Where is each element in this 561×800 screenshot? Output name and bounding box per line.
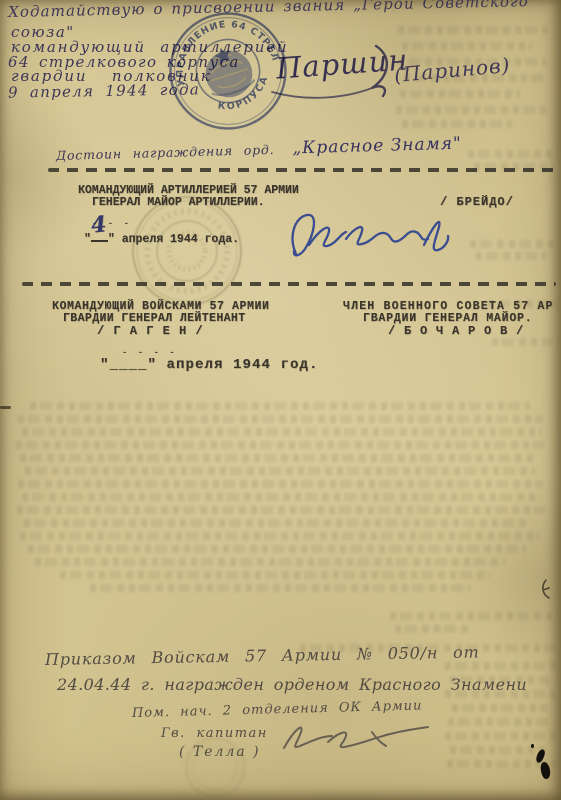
ink-blot	[540, 761, 551, 779]
bleedthrough-row	[402, 42, 532, 50]
bleedthrough-row	[17, 506, 545, 514]
clerk-note-line-3: ( Телла )	[179, 745, 261, 759]
army-commander-rank: ГВАРДИИ ГЕНЕРАЛ ЛЕЙТЕНАНТ	[63, 313, 246, 325]
bleedthrough-row	[90, 584, 470, 592]
order-note-line-1: Приказом Войскам 57 Армии № 050/н от	[45, 644, 480, 668]
bleedthrough-row	[452, 704, 547, 712]
clerk-note-line-2: Гв. капитан	[161, 727, 268, 740]
signature-parshin: Паршин	[275, 45, 409, 83]
bleedthrough-row	[60, 571, 490, 579]
bleedthrough-row	[18, 415, 543, 423]
stamp-arc-bottom-text: КОРПУСА	[210, 71, 277, 117]
bleedthrough-row	[20, 532, 540, 540]
bleedthrough-row	[30, 402, 530, 410]
bleedthrough-row	[395, 625, 470, 633]
edge-mark	[0, 406, 11, 409]
bleedthrough-row	[390, 612, 555, 620]
bleedthrough-row	[492, 338, 556, 346]
svg-text:КОРПУСА: КОРПУСА	[210, 71, 277, 117]
date-line-1: "4" апреля 1944 года.	[84, 230, 239, 246]
award-note-title: „Красное Знамя"	[292, 134, 462, 159]
date-day-blank: 4	[91, 230, 108, 242]
date-close-text: " апреля 1944 года.	[108, 233, 239, 246]
award-note-prefix: Достоин награждения орд.	[56, 142, 275, 163]
commander-artillery-name: / БРЕЙДО/	[440, 196, 514, 208]
petition-line-1: Ходатайствую о присвоении звания „Герой …	[8, 0, 529, 20]
bleedthrough-row	[18, 480, 543, 488]
bleedthrough-row	[400, 90, 520, 98]
bleedthrough-row	[24, 519, 529, 527]
bleedthrough-row	[16, 441, 544, 449]
signature-clarification: (Паринов)	[393, 55, 511, 85]
bleedthrough-row	[22, 493, 540, 501]
bleedthrough-row	[476, 252, 546, 260]
army-commander-name: / Г А Г Е Н /	[97, 325, 204, 337]
document-page: Ходатайствую о присвоении звания „Герой …	[0, 0, 561, 800]
bleedthrough-row	[396, 106, 546, 114]
bleedthrough-row	[468, 150, 556, 158]
petition-line-6: 9 апреля 1944 года	[8, 82, 200, 100]
order-note-line-2: 24.04.44 г. награжден орденом Красного З…	[57, 677, 527, 693]
bleedthrough-row	[28, 545, 526, 553]
bleedthrough-row	[398, 26, 548, 34]
bleedthrough-row	[448, 718, 553, 726]
commander-artillery-title: КОМАНДУЮЩИЙ АРТИЛЛЕРИЕЙ 57 АРМИИ	[78, 185, 299, 197]
clerk-note-line-1: Пом. нач. 2 отделения ОК Армии	[132, 699, 423, 720]
bleedthrough-row	[20, 454, 535, 462]
bleedthrough-row	[445, 732, 557, 740]
council-member-rank: ГВАРДИИ ГЕНЕРАЛ МАЙОР.	[363, 313, 532, 325]
army-commander-title: КОМАНДУЮЩИЙ ВОЙСКАМИ 57 АРМИИ	[52, 301, 270, 313]
date-line-2: "____" апреля 1944 год.	[100, 358, 319, 372]
faint-stamp	[128, 192, 246, 310]
bleedthrough-row	[22, 428, 542, 436]
bleedthrough-row	[35, 558, 505, 566]
ink-blot	[531, 744, 534, 748]
bleedthrough-row	[25, 467, 535, 475]
dashed-separator-2	[22, 282, 556, 286]
handwritten-day: 4	[90, 213, 108, 236]
commander-artillery-rank: ГЕНЕРАЛ МАЙОР АРТИЛЛЕРИИ.	[92, 197, 265, 209]
clerk-signature	[276, 712, 436, 767]
council-member-title: ЧЛЕН ВОЕННОГО СОВЕТА 57 АР	[343, 301, 554, 313]
award-recommendation-note: Достоин награждения орд. „Красное Знамя"	[56, 136, 462, 164]
bleedthrough-row	[402, 120, 512, 128]
council-member-name: / Б О Ч А Р О В /	[388, 325, 524, 337]
date-open-quote: "	[84, 233, 91, 246]
pen-mark	[538, 578, 552, 600]
bleedthrough-row	[470, 240, 555, 248]
breido-signature	[282, 208, 482, 266]
dashed-separator-1	[48, 168, 556, 172]
bleedthrough-row	[445, 662, 557, 670]
